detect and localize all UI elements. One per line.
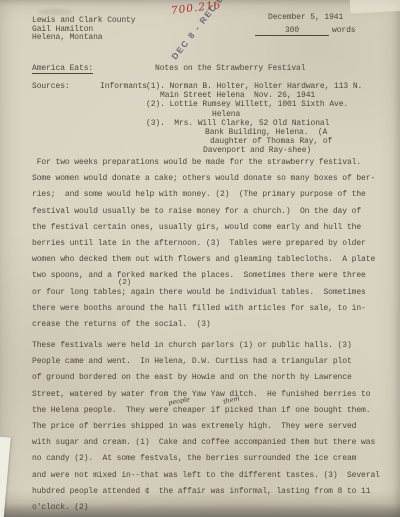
text-line: festival would usually be to raise money… <box>32 204 394 220</box>
scanned-document-page: 700.216 DEC 8 - REC'D Lewis and Clark Co… <box>0 0 400 517</box>
text-line: or four long tables; again there would b… <box>32 285 394 301</box>
text-line: there were booths around the hall filled… <box>32 301 394 317</box>
text-line: The price of berries shipped in was extr… <box>32 419 394 435</box>
torn-edge-highlight <box>0 437 11 517</box>
text-line: Some women would donate a cake; others w… <box>32 171 394 187</box>
series-label: America Eats: <box>32 64 93 73</box>
text-line: and were not mixed in--that was left to … <box>32 468 394 484</box>
text-line: (1). Norman B. Holter, Holter Hardware, … <box>146 82 396 91</box>
body-paragraph-1: For two weeks preparations would be made… <box>32 155 394 333</box>
text-line: crease the returns of the social. (3) <box>32 317 394 333</box>
text-line: (2). Lottie Rumsey Willett, 1001 Sixth A… <box>146 100 396 109</box>
text-line: Bank Building, Helena. (A <box>205 128 396 137</box>
series-label-text: America Eats: <box>32 64 93 74</box>
interlinear-typed-note: (2) <box>118 279 131 287</box>
document-date: December 5, 1941 <box>268 13 343 22</box>
text-line: the Helena people. They were cheaper if … <box>32 403 394 419</box>
text-line: with sugar and cream. (1) Cake and coffe… <box>32 435 394 451</box>
text-line: Main Street Helena Nov. 26, 1941 <box>160 91 396 100</box>
pencil-smudge <box>38 9 72 15</box>
word-count-row: 300words <box>255 26 356 36</box>
text-line: daughter of Thomas Ray, of <box>210 137 396 146</box>
text-line: These festivals were held in church parl… <box>32 338 394 354</box>
text-line: berries until late in the afternoon. (3)… <box>32 236 394 252</box>
page-title: Notes on the Strawberry Festival <box>155 64 305 73</box>
word-count-label: words <box>332 26 356 35</box>
tape-remnant <box>350 0 400 13</box>
text-line: (3). Mrs. Will Clarke, 52 Old National <box>146 119 396 128</box>
sources-label: Sources: <box>32 82 70 91</box>
text-line: women who decked them out with flowers a… <box>32 252 394 268</box>
word-count-value: 300 <box>255 26 329 36</box>
text-line: Street, watered by water from the Yaw Ya… <box>32 387 394 403</box>
informant-list: (1). Norman B. Holter, Holter Hardware, … <box>146 82 396 156</box>
text-line: no candy (2). At some festvals, the berr… <box>32 451 394 467</box>
text-line: Helena, Montana <box>32 34 135 43</box>
text-line: Helena <box>212 110 396 119</box>
text-line: two spoons, and a forked marked the plac… <box>32 268 394 284</box>
body-paragraph-2: These festivals were held in church parl… <box>32 338 394 516</box>
text-line: For two weeks preparations would be made… <box>32 155 394 171</box>
text-line: of ground bordered on the east by Howie … <box>32 370 394 386</box>
text-line: o'clock. (2) <box>32 500 394 516</box>
text-line: ries; and some would help with money. (2… <box>32 187 394 203</box>
text-line: the festival certain ones, usually girs,… <box>32 220 394 236</box>
text-line: hubdred people attended ¢ the affair was… <box>32 484 394 500</box>
informants-label: Informants <box>100 82 147 91</box>
text-line: People came and went. In Helena, D.W. Cu… <box>32 354 394 370</box>
author-address-block: Lewis and Clark CountyGail HamiltonHelen… <box>32 17 135 43</box>
